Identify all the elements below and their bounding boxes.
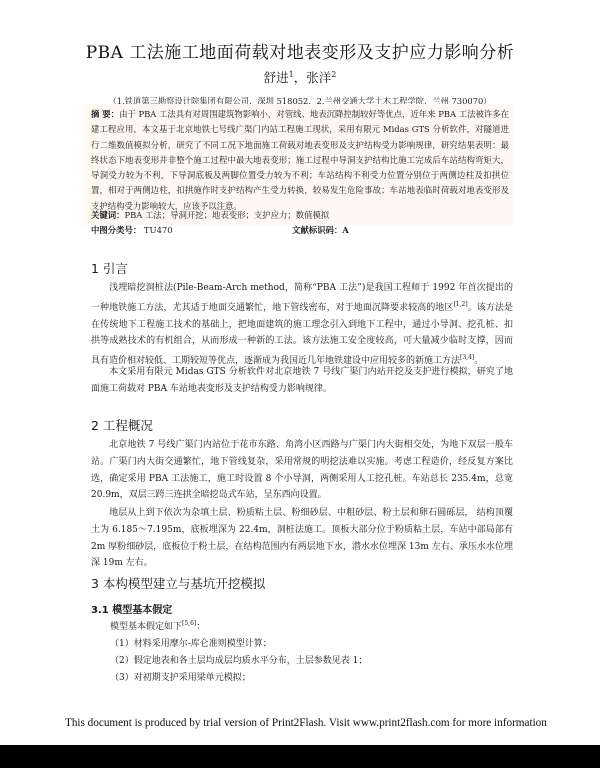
subsection-heading: 3.1 模型基本假定	[91, 601, 172, 616]
abstract-label: 摘 要：	[91, 109, 119, 119]
paragraph: 北京地铁 7 号线广渠门内站位于花市东路、角湾小区西路与广渠门内大街相交处，为地…	[91, 437, 513, 504]
author-line: 舒进1，张洋2	[0, 68, 600, 86]
clc-value: TU470	[144, 225, 173, 235]
author-name: 舒进	[264, 70, 289, 85]
paragraph-text: 浅埋暗挖洞桩法(Pile-Beam-Arch method，简称“PBA 工法”…	[91, 283, 513, 313]
paragraph: 地层从上到下依次为杂填土层、粉质粘土层、粉细砂层、中粗砂层、粉土层和卵石圆砾层，…	[91, 505, 513, 572]
paragraph-text: ：	[196, 622, 205, 632]
clc-label: 中图分类号：	[91, 225, 141, 235]
affiliation-mark: 2	[331, 70, 336, 79]
section-heading-introduction: 1 引言	[91, 259, 128, 277]
abstract: 摘 要：由于 PBA 工法具有对周围建筑物影响小，对管线、地表沉降控制较好等优点…	[91, 107, 509, 214]
list-item: （1）材料采用摩尔-库仑准则模型计算；	[110, 636, 272, 649]
paragraph-text: 本文采用有限元 Midas GTS 分析软件对北京地铁 7 号线广渠门内站开挖及…	[91, 367, 513, 394]
watermark-footer: This document is produced by trial versi…	[65, 717, 600, 729]
document-id: 文献标识码：A	[292, 224, 349, 236]
paragraph: 本文采用有限元 Midas GTS 分析软件对北京地铁 7 号线广渠门内站开挖及…	[91, 364, 513, 398]
doc-id-label: 文献标识码：	[292, 225, 342, 235]
list-item: （3）对初期支护采用梁单元模拟；	[110, 670, 251, 683]
paragraph-text: 地层从上到下依次为杂填土层、粉质粘土层、粉细砂层、中粗砂层、粉土层和卵石圆砾层，…	[91, 508, 513, 568]
keywords-label: 关键词：	[91, 210, 125, 220]
keywords-text: PBA 工法；导洞开挖；地表变形；支护应力；数值模拟	[125, 210, 330, 220]
paragraph-text: 北京地铁 7 号线广渠门内站位于花市东路、角湾小区西路与广渠门内大街相交处，为地…	[91, 440, 513, 500]
citation: [5,6]	[182, 620, 196, 627]
section-heading-project-overview: 2 工程概况	[91, 416, 153, 434]
classification-row: 中图分类号： TU470 文献标识码：A	[91, 224, 511, 236]
list-item: （2）假定地表和各土层均成层均质水平分布，土层参数见表 1；	[110, 653, 367, 666]
paper-title: PBA 工法施工地面荷载对地表变形及支护应力影响分析	[0, 38, 600, 63]
paragraph: 浅埋暗挖洞桩法(Pile-Beam-Arch method，简称“PBA 工法”…	[91, 280, 513, 370]
author-name: 张洋	[306, 70, 331, 85]
doc-id-value: A	[342, 225, 349, 235]
document-page: PBA 工法施工地面荷载对地表变形及支护应力影响分析 舒进1，张洋2 （1.铁道…	[0, 0, 600, 745]
citation: [3,4]	[460, 354, 474, 361]
section-heading-model: 3 本构模型建立与基坑开挖模拟	[91, 574, 265, 592]
author-separator: ，	[294, 70, 307, 85]
subsection-intro: 模型基本假定如下[5,6]：	[110, 619, 205, 632]
citation: [1,2]	[453, 301, 467, 308]
paragraph-text: 模型基本假定如下	[110, 622, 182, 632]
keywords: 关键词：PBA 工法；导洞开挖；地表变形；支护应力；数值模拟	[91, 209, 509, 221]
abstract-text: 由于 PBA 工法具有对周围建筑物影响小，对管线、地表沉降控制较好等优点，近年来…	[91, 109, 509, 211]
